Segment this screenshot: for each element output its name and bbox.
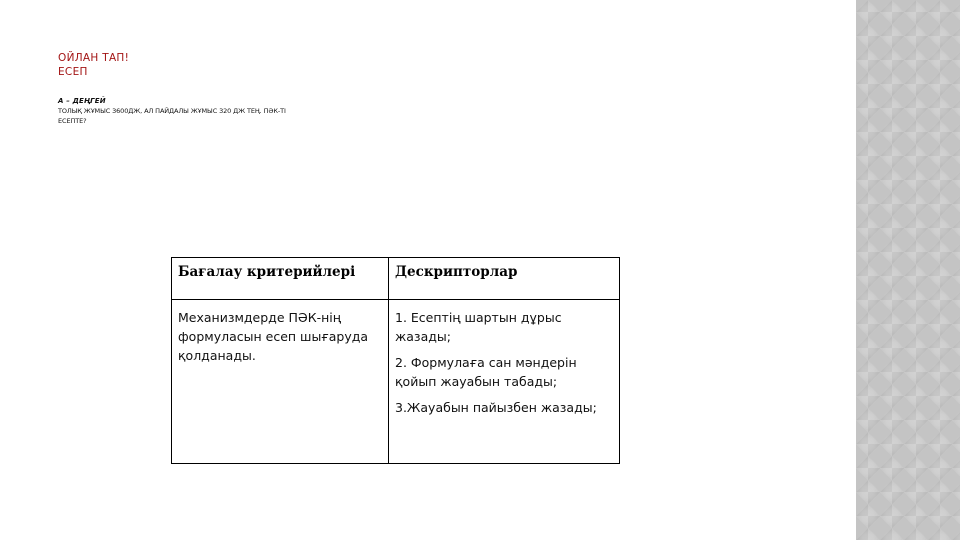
task-text: ТОЛЫҚ ЖҰМЫС 3600ДЖ, АЛ ПАЙДАЛЫ ЖҰМЫС 320… (58, 106, 298, 126)
table-row: Механизмдерде ПӘК-нің формуласын есеп шы… (172, 300, 620, 464)
criterion-cell: Механизмдерде ПӘК-нің формуласын есеп шы… (172, 300, 389, 464)
title-line-1: ОЙЛАН ТАП! (58, 51, 129, 65)
descriptor-item: 3.Жауабын пайызбен жазады; (395, 398, 613, 417)
side-diamond-pattern (856, 0, 960, 540)
header-descriptors: Дескрипторлар (389, 258, 620, 300)
header-criteria: Бағалау критерийлері (172, 258, 389, 300)
assessment-table: Бағалау критерийлері Дескрипторлар Механ… (171, 257, 620, 464)
descriptor-item: 2. Формулаға сан мәндерін қойып жауабын … (395, 353, 613, 391)
descriptors-cell: 1. Есептің шартын дұрыс жазады; 2. Форму… (389, 300, 620, 464)
level-label: А – ДЕҢГЕЙ (58, 97, 106, 105)
table-header-row: Бағалау критерийлері Дескрипторлар (172, 258, 620, 300)
descriptor-item: 1. Есептің шартын дұрыс жазады; (395, 308, 613, 346)
slide-title: ОЙЛАН ТАП! ЕСЕП (58, 51, 129, 79)
title-line-2: ЕСЕП (58, 65, 129, 79)
